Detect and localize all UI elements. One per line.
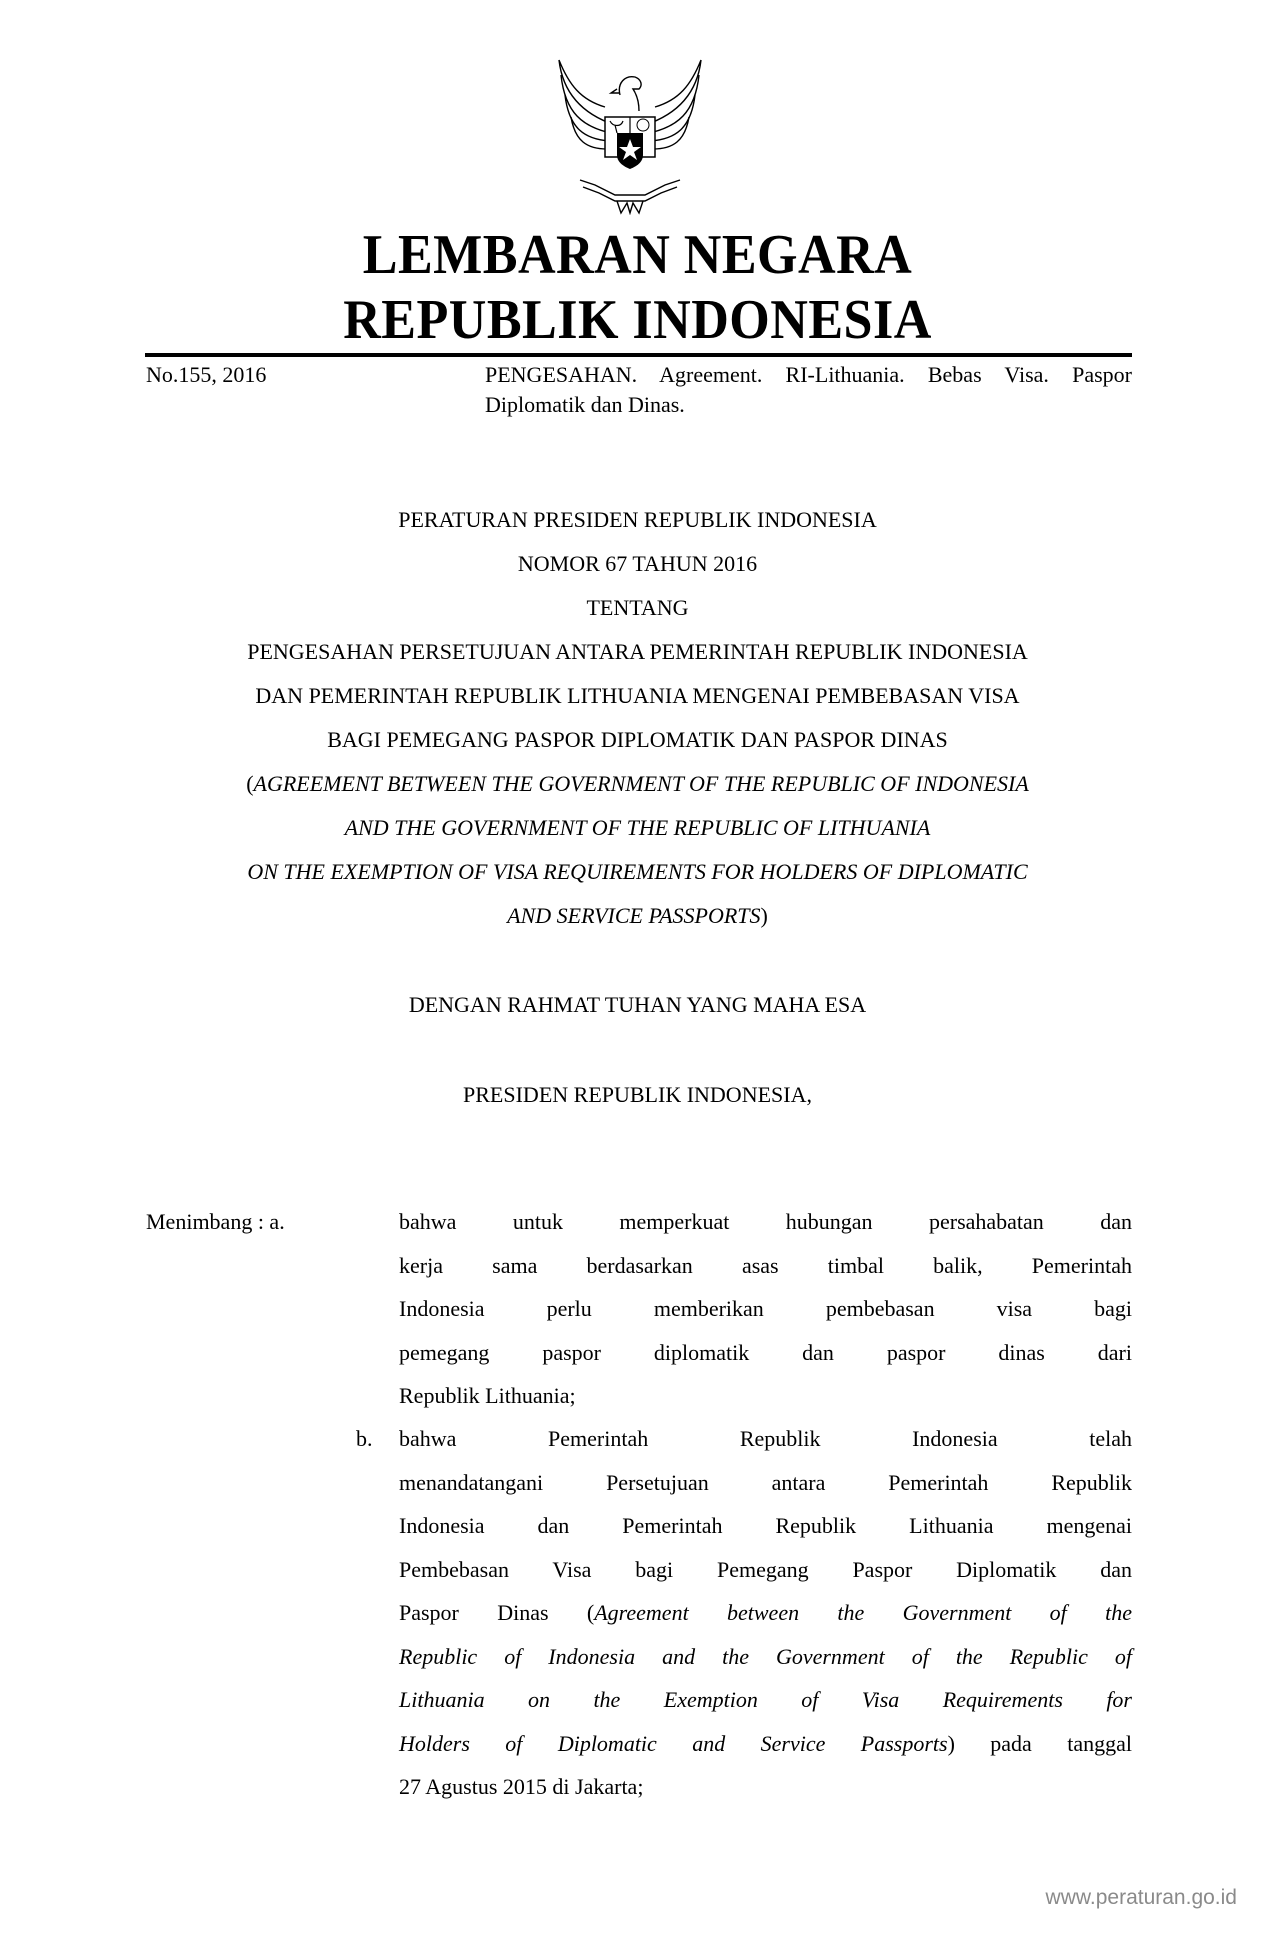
english-title-line: ON THE EXEMPTION OF VISA REQUIREMENTS FO… xyxy=(0,857,1275,887)
italic-text: Agreement between the Government of the xyxy=(594,1600,1132,1625)
source-watermark: www.peraturan.go.id xyxy=(1046,1886,1237,1910)
header-divider xyxy=(145,353,1132,357)
consideration-a: bahwa untuk memperkuat hubungan persahab… xyxy=(399,1200,1132,1418)
consideration-line: pemegang paspor diplomatik dan paspor di… xyxy=(399,1331,1132,1375)
consideration-line: Indonesia dan Pemerintah Republik Lithua… xyxy=(399,1504,1132,1548)
gazette-title-line2: REPUBLIK INDONESIA xyxy=(45,290,1231,350)
invocation: DENGAN RAHMAT TUHAN YANG MAHA ESA xyxy=(0,990,1275,1020)
close-paren: ) xyxy=(761,903,768,928)
consideration-line: bahwa Pemerintah Republik Indonesia tela… xyxy=(399,1417,1132,1461)
issue-subject: PENGESAHAN. Agreement. RI-Lithuania. Beb… xyxy=(485,360,1132,420)
considerations-label: Menimbang : a. xyxy=(146,1207,285,1237)
consideration-line: Holders of Diplomatic and Service Passpo… xyxy=(399,1722,1132,1766)
regulation-title-line: DAN PEMERINTAH REPUBLIK LITHUANIA MENGEN… xyxy=(0,681,1275,711)
consideration-line: Republik Lithuania; xyxy=(399,1374,1132,1418)
consideration-line: bahwa untuk memperkuat hubungan persahab… xyxy=(399,1200,1132,1244)
consideration-line: Lithuania on the Exemption of Visa Requi… xyxy=(399,1678,1132,1722)
consideration-line: menandatangani Persetujuan antara Pemeri… xyxy=(399,1461,1132,1505)
consideration-line: 27 Agustus 2015 di Jakarta; xyxy=(399,1765,1132,1809)
english-title-text: AND SERVICE PASSPORTS xyxy=(507,903,760,928)
consideration-line: Indonesia perlu memberikan pembebasan vi… xyxy=(399,1287,1132,1331)
english-title-line: AND SERVICE PASSPORTS) xyxy=(0,901,1275,931)
consideration-b: bahwa Pemerintah Republik Indonesia tela… xyxy=(399,1417,1132,1809)
regulation-title-line: PENGESAHAN PERSETUJUAN ANTARA PEMERINTAH… xyxy=(0,637,1275,667)
open-paren: ( xyxy=(246,771,253,796)
consideration-letter-b: b. xyxy=(356,1424,373,1454)
consideration-line: Republic of Indonesia and the Government… xyxy=(399,1635,1132,1679)
regulation-title-line: BAGI PEMEGANG PASPOR DIPLOMATIK DAN PASP… xyxy=(0,725,1275,755)
regulation-about: TENTANG xyxy=(0,593,1275,623)
regulation-number: NOMOR 67 TAHUN 2016 xyxy=(0,549,1275,579)
italic-text: Holders of Diplomatic and Service Passpo… xyxy=(399,1731,948,1756)
consideration-line: kerja sama berdasarkan asas timbal balik… xyxy=(399,1244,1132,1288)
english-title-line: AND THE GOVERNMENT OF THE REPUBLIC OF LI… xyxy=(0,813,1275,843)
english-title-line: (AGREEMENT BETWEEN THE GOVERNMENT OF THE… xyxy=(0,769,1275,799)
consideration-line: Pembebasan Visa bagi Pemegang Paspor Dip… xyxy=(399,1548,1132,1592)
regulation-type: PERATURAN PRESIDEN REPUBLIK INDONESIA xyxy=(0,505,1275,535)
president-heading: PRESIDEN REPUBLIK INDONESIA, xyxy=(0,1080,1275,1110)
plain-text: Paspor Dinas ( xyxy=(399,1600,594,1625)
gazette-title-line1: LEMBARAN NEGARA xyxy=(45,225,1231,285)
consideration-line: Paspor Dinas (Agreement between the Gove… xyxy=(399,1591,1132,1635)
plain-text: ) pada tanggal xyxy=(948,1731,1132,1756)
garuda-emblem-icon xyxy=(555,55,705,215)
english-title-text: AGREEMENT BETWEEN THE GOVERNMENT OF THE … xyxy=(254,771,1029,796)
issue-number: No.155, 2016 xyxy=(146,360,266,390)
